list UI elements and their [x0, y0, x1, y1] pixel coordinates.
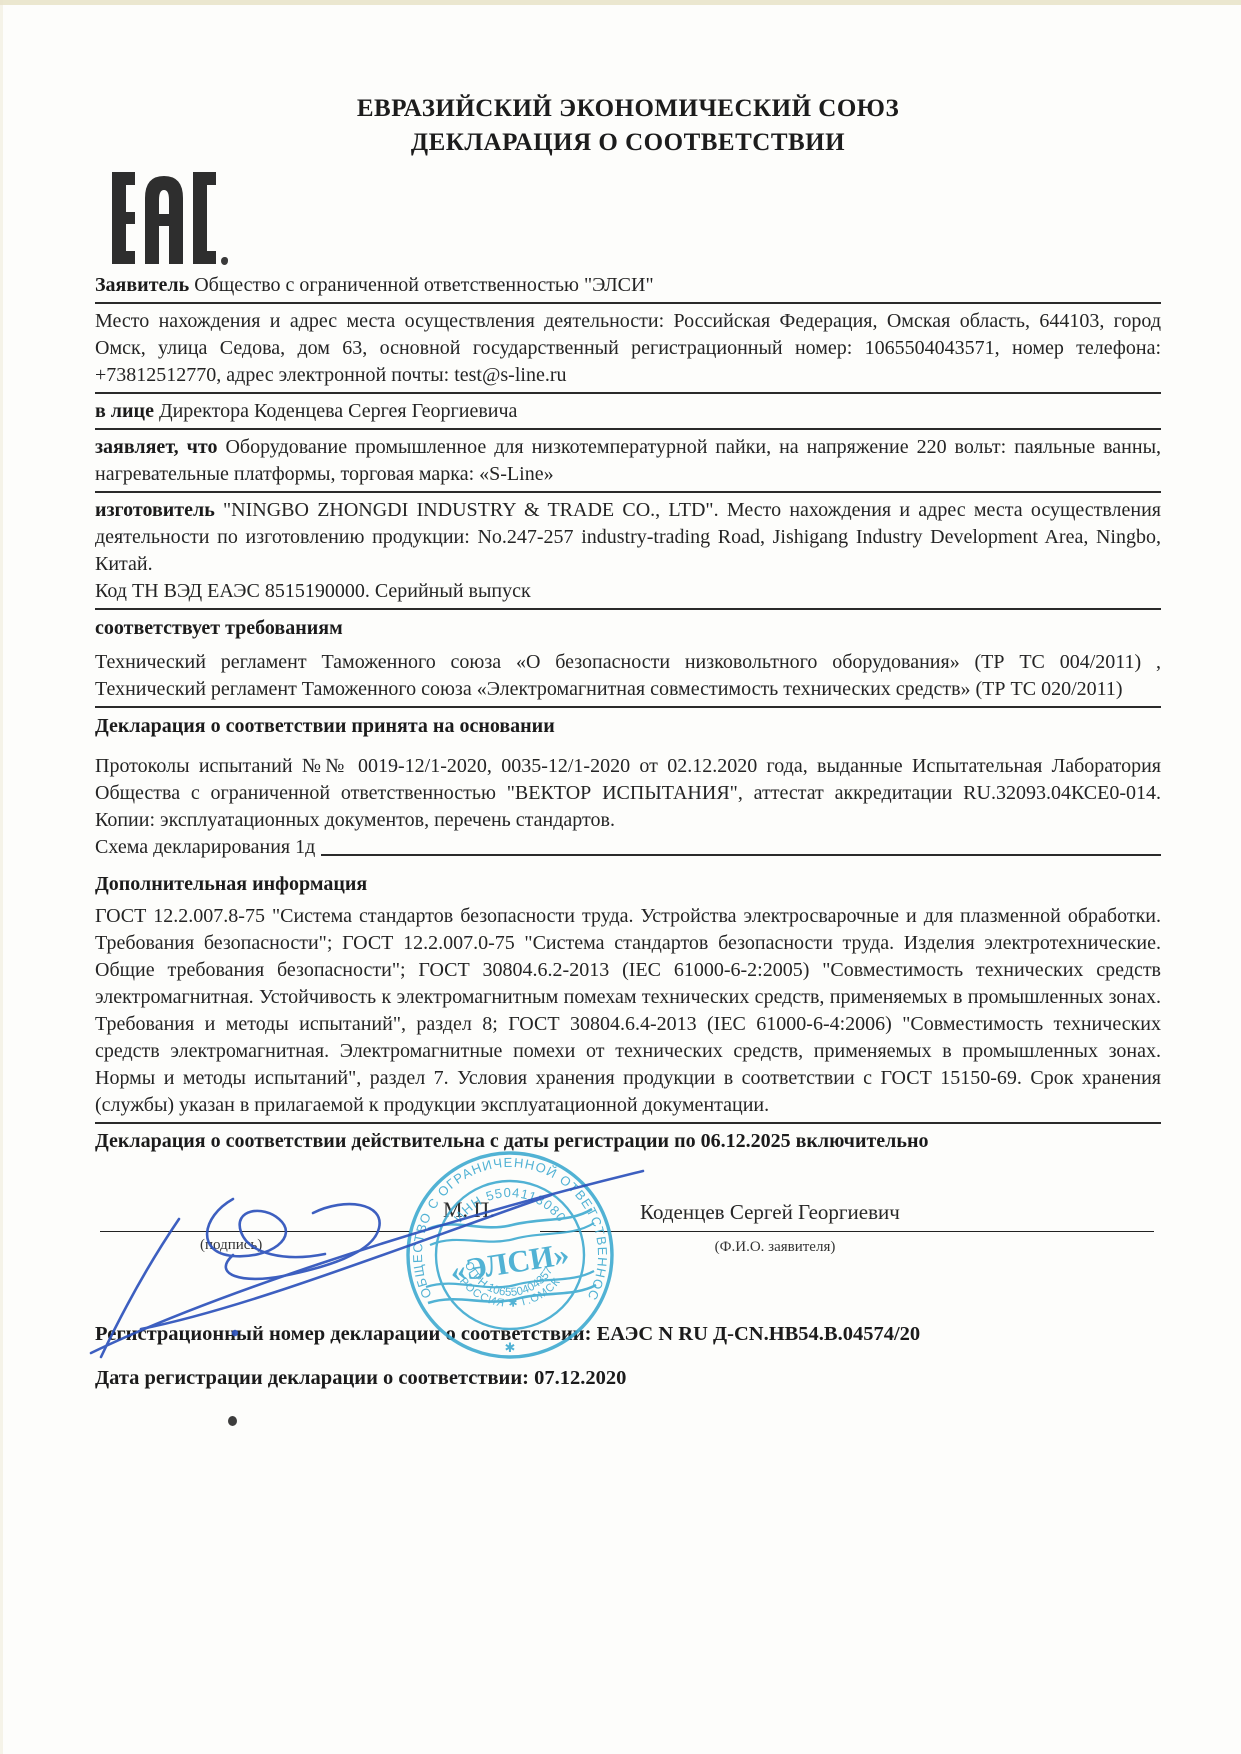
- title-line-1: ЕВРАЗИЙСКИЙ ЭКОНОМИЧЕСКИЙ СОЮЗ: [95, 92, 1161, 126]
- title-line-2: ДЕКЛАРАЦИЯ О СООТВЕТСТВИИ: [95, 126, 1161, 160]
- regulations-paragraph: Технический регламент Таможенного союза …: [95, 649, 1161, 703]
- stamp-outer-text: ОБЩЕСТВО С ОГРАНИЧЕННОЙ ОТВЕТСТВЕННОСТЬЮ: [400, 1145, 610, 1303]
- declares-paragraph: заявляет, что Оборудование промышленное …: [95, 434, 1161, 488]
- additional-paragraph: ГОСТ 12.2.007.8-75 "Система стандартов б…: [95, 903, 1161, 1119]
- document-content: ЕВРАЗИЙСКИЙ ЭКОНОМИЧЕСКИЙ СОЮЗ ДЕКЛАРАЦИ…: [95, 0, 1161, 1392]
- eac-logo-icon: [112, 172, 220, 264]
- registration-number-value: ЕАЭС N RU Д-CN.НВ54.В.04574/20: [597, 1323, 921, 1345]
- scheme-text: Схема декларирования 1д: [95, 834, 315, 861]
- stamp-city: РОССИЯ ✱ Г.ОМСК: [457, 1276, 563, 1310]
- declares-label: заявляет, что: [95, 436, 217, 458]
- signature-caption: (подпись): [200, 1237, 262, 1254]
- signature-zone: (подпись) М. П. Коденцев Сергей Георгиев…: [95, 1155, 1161, 1315]
- person-label: в лице: [95, 400, 154, 422]
- registration-date-value: 07.12.2020: [534, 1367, 626, 1389]
- manufacturer-label: изготовитель: [95, 499, 215, 521]
- basis-header: Декларация о соответствии принята на осн…: [95, 713, 1161, 740]
- applicant-row: Заявитель Общество с ограниченной ответс…: [95, 272, 1161, 299]
- scan-speckle: [228, 1416, 237, 1426]
- applicant-fullname: Коденцев Сергей Георгиевич: [640, 1200, 900, 1225]
- divider: [95, 491, 1161, 493]
- registration-date-row: Дата регистрации декларации о соответств…: [95, 1365, 1161, 1392]
- divider: [95, 302, 1161, 304]
- divider: [95, 706, 1161, 708]
- eac-logo-block: [95, 172, 1161, 264]
- declaration-document: { "page": { "eac_logo": "EAC", "header":…: [0, 0, 1241, 1754]
- divider: [95, 608, 1161, 610]
- scan-edge-left: [0, 0, 3, 1754]
- additional-header: Дополнительная информация: [95, 871, 1161, 898]
- scheme-row: Схема декларирования 1д: [95, 834, 1161, 861]
- applicant-value: Общество с ограниченной ответственностью…: [194, 274, 653, 296]
- address-paragraph: Место нахождения и адрес места осуществл…: [95, 308, 1161, 389]
- person-row: в лице Директора Коденцева Сергея Георги…: [95, 398, 1161, 425]
- manufacturer-paragraph: изготовитель "NINGBO ZHONGDI INDUSTRY & …: [95, 497, 1161, 578]
- registration-number-row: Регистрационный номер декларации о соотв…: [95, 1321, 1161, 1348]
- registration-date-label: Дата регистрации декларации о соответств…: [95, 1367, 529, 1389]
- divider: [95, 428, 1161, 430]
- applicant-label: Заявитель: [95, 274, 189, 296]
- divider: [95, 392, 1161, 394]
- tnved-row: Код ТН ВЭД ЕАЭС 8515190000. Серийный вып…: [95, 578, 1161, 605]
- stamp-center-name: «ЭЛСИ»: [448, 1236, 572, 1289]
- document-title: ЕВРАЗИЙСКИЙ ЭКОНОМИЧЕСКИЙ СОЮЗ ДЕКЛАРАЦИ…: [95, 92, 1161, 160]
- signature-line: [100, 1231, 410, 1232]
- manufacturer-value: "NINGBO ZHONGDI INDUSTRY & TRADE CO., LT…: [95, 499, 1161, 575]
- declares-value: Оборудование промышленное для низкотемпе…: [95, 436, 1161, 485]
- divider-partial: [321, 854, 1161, 856]
- mp-mark: М. П.: [443, 1197, 495, 1223]
- complies-header: соответствует требованиям: [95, 615, 1161, 642]
- fullname-caption: (Ф.И.О. заявителя): [690, 1239, 860, 1256]
- scan-speckle: [221, 257, 228, 265]
- validity-row: Декларация о соответствии действительна …: [95, 1128, 1161, 1155]
- registration-number-label: Регистрационный номер декларации о соотв…: [95, 1323, 591, 1345]
- divider: [95, 1122, 1161, 1124]
- basis-paragraph: Протоколы испытаний №№ 0019-12/1-2020, 0…: [95, 753, 1161, 834]
- name-line: [540, 1231, 1154, 1232]
- person-value: Директора Коденцева Сергея Георгиевича: [159, 400, 517, 422]
